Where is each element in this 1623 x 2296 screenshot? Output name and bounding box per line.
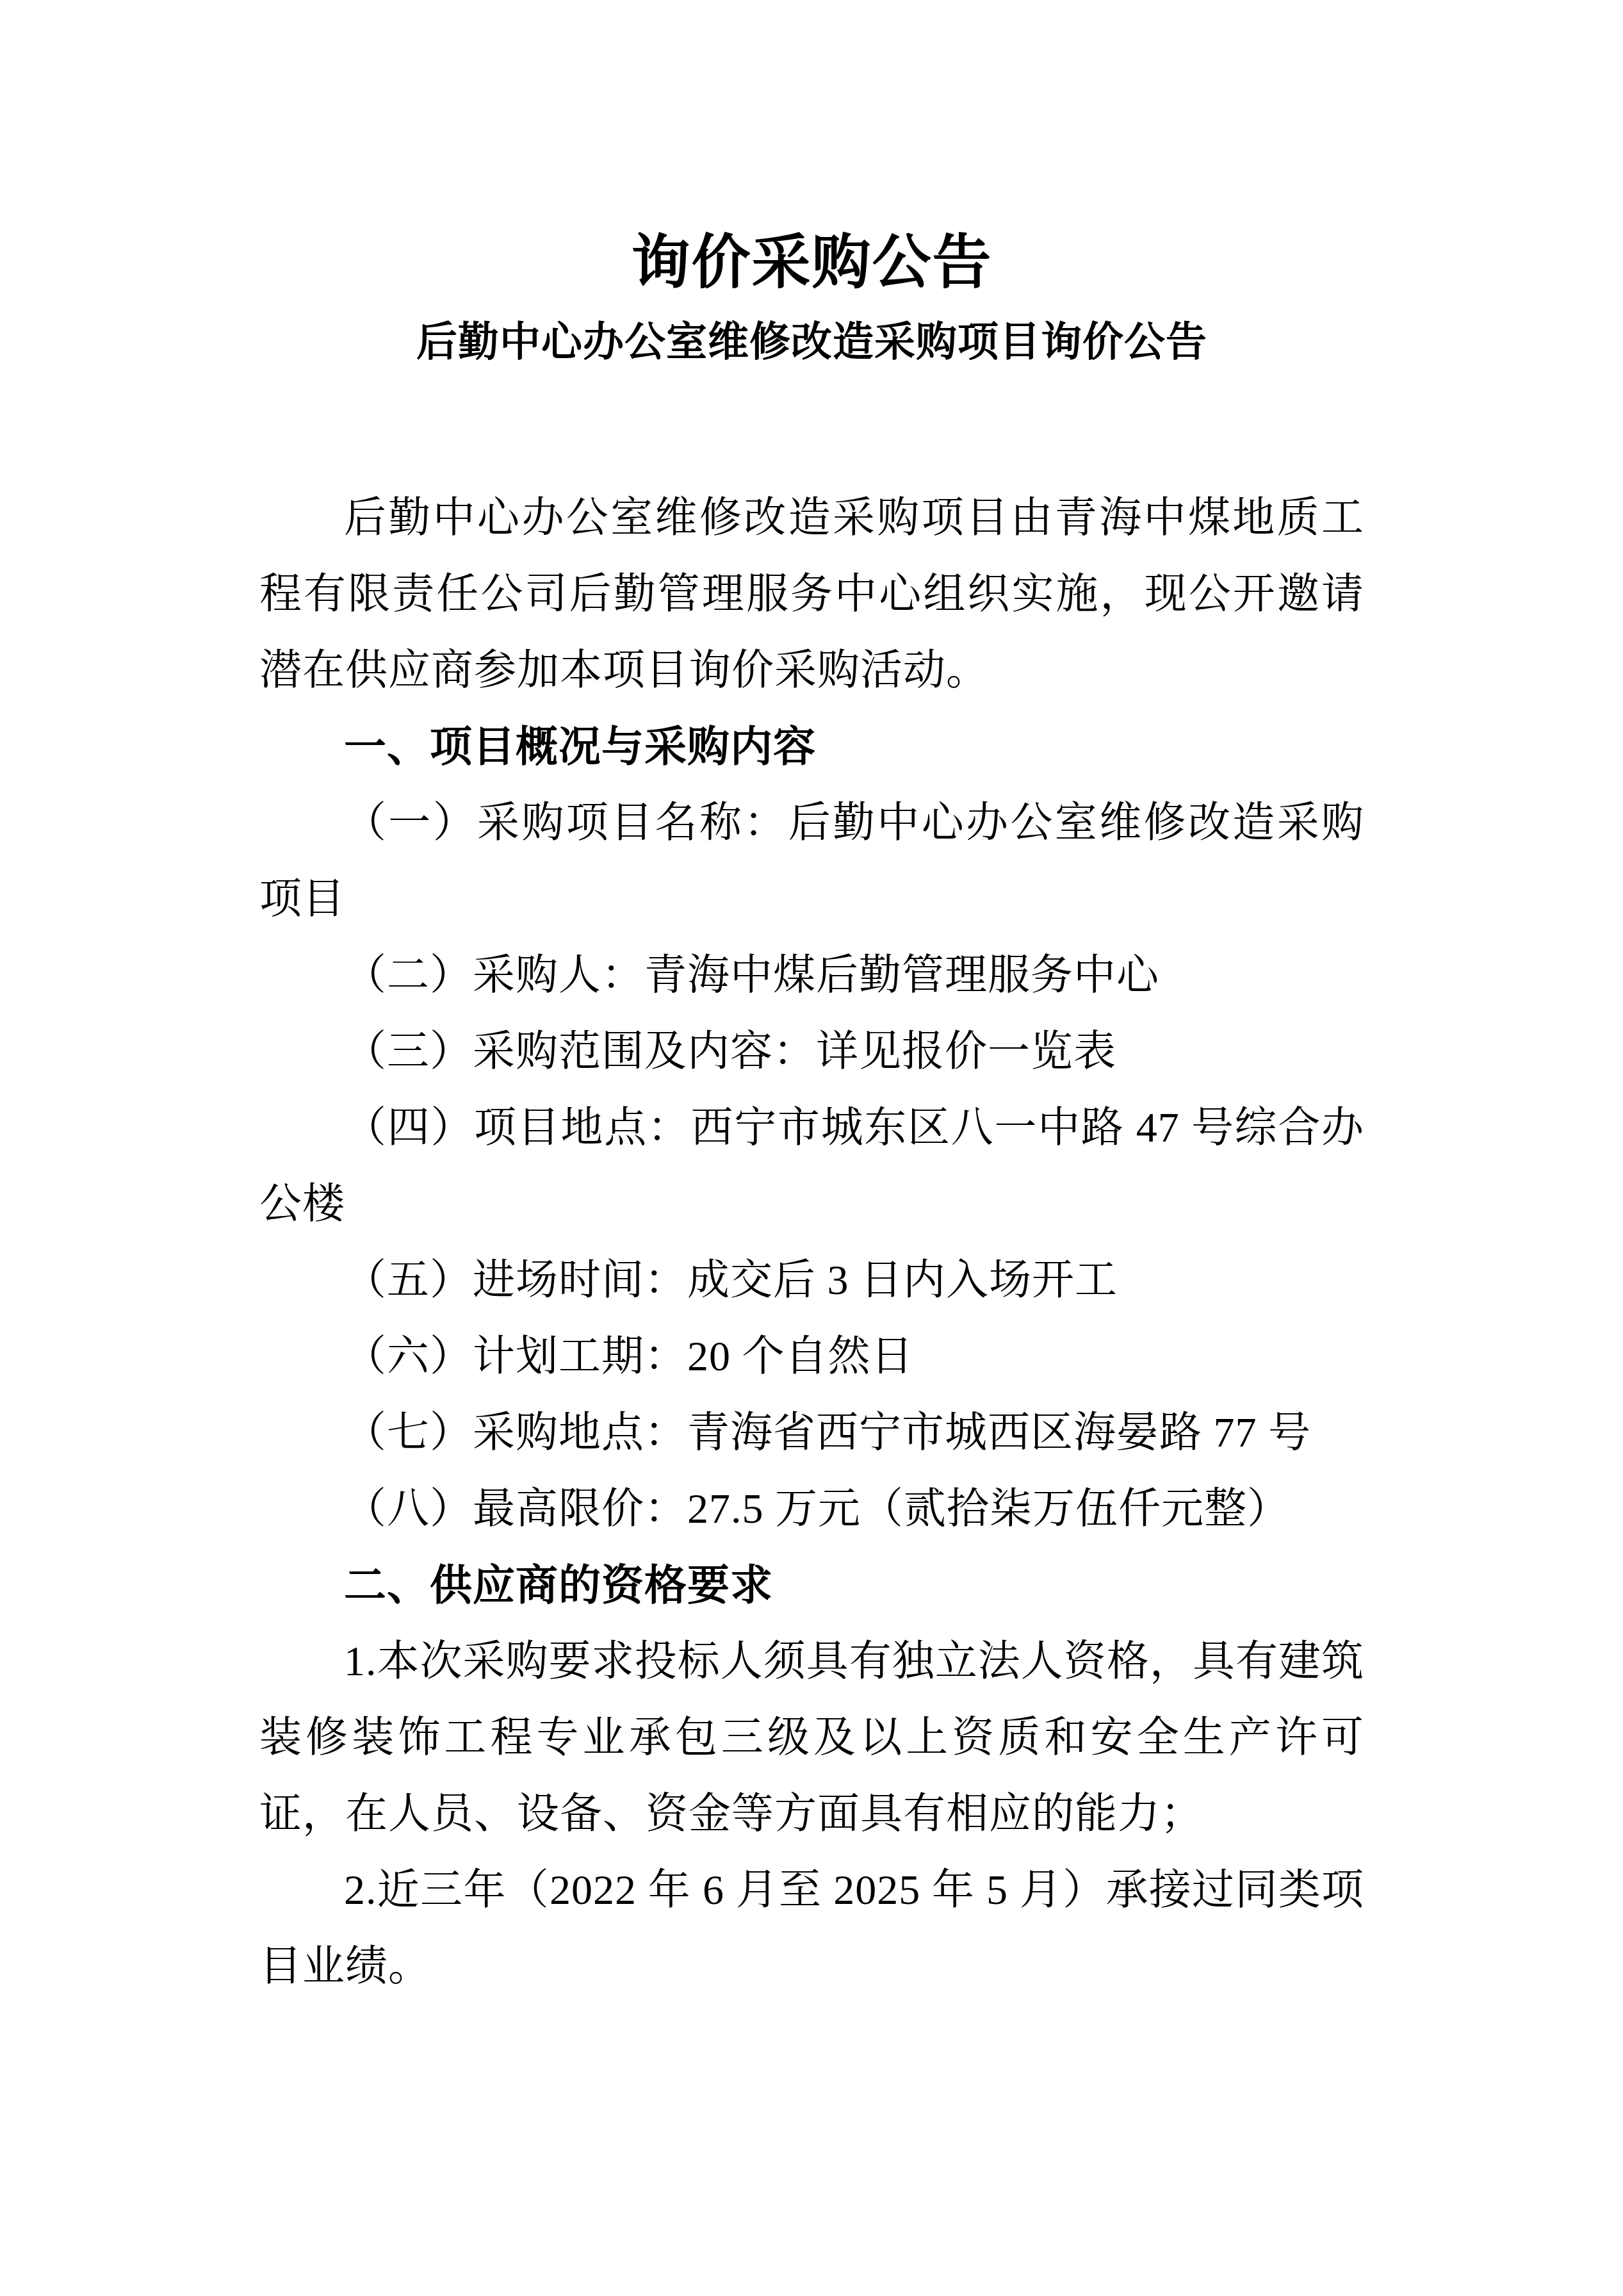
- section-1-heading: 一、项目概况与采购内容: [259, 709, 1364, 785]
- section-2-item-1: 1.本次采购要求投标人须具有独立法人资格，具有建筑装修装饰工程专业承包三级及以上…: [259, 1623, 1364, 1852]
- section-2-item-2: 2.近三年（2022 年 6 月至 2025 年 5 月）承接过同类项目业绩。: [259, 1852, 1364, 2005]
- document-page: 询价采购公告 后勤中心办公室维修改造采购项目询价公告 后勤中心办公室维修改造采购…: [0, 0, 1623, 2296]
- doc-body: 后勤中心办公室维修改造采购项目由青海中煤地质工程有限责任公司后勤管理服务中心组织…: [259, 480, 1364, 2005]
- section-1-item-7: （七）采购地点：青海省西宁市城西区海晏路 77 号: [259, 1395, 1364, 1471]
- section-1-item-6: （六）计划工期：20 个自然日: [259, 1318, 1364, 1395]
- section-1-item-3: （三）采购范围及内容：详见报价一览表: [259, 1013, 1364, 1090]
- section-2-heading: 二、供应商的资格要求: [259, 1547, 1364, 1623]
- doc-subtitle: 后勤中心办公室维修改造采购项目询价公告: [259, 316, 1364, 367]
- section-1-item-8: （八）最高限价：27.5 万元（贰拾柒万伍仟元整）: [259, 1471, 1364, 1547]
- section-1-item-5: （五）进场时间：成交后 3 日内入场开工: [259, 1242, 1364, 1318]
- intro-paragraph: 后勤中心办公室维修改造采购项目由青海中煤地质工程有限责任公司后勤管理服务中心组织…: [259, 480, 1364, 709]
- section-1-item-1: （一）采购项目名称：后勤中心办公室维修改造采购项目: [259, 785, 1364, 937]
- section-1-item-4: （四）项目地点：西宁市城东区八一中路 47 号综合办公楼: [259, 1090, 1364, 1242]
- section-1-item-2: （二）采购人：青海中煤后勤管理服务中心: [259, 937, 1364, 1013]
- doc-title: 询价采购公告: [259, 227, 1364, 298]
